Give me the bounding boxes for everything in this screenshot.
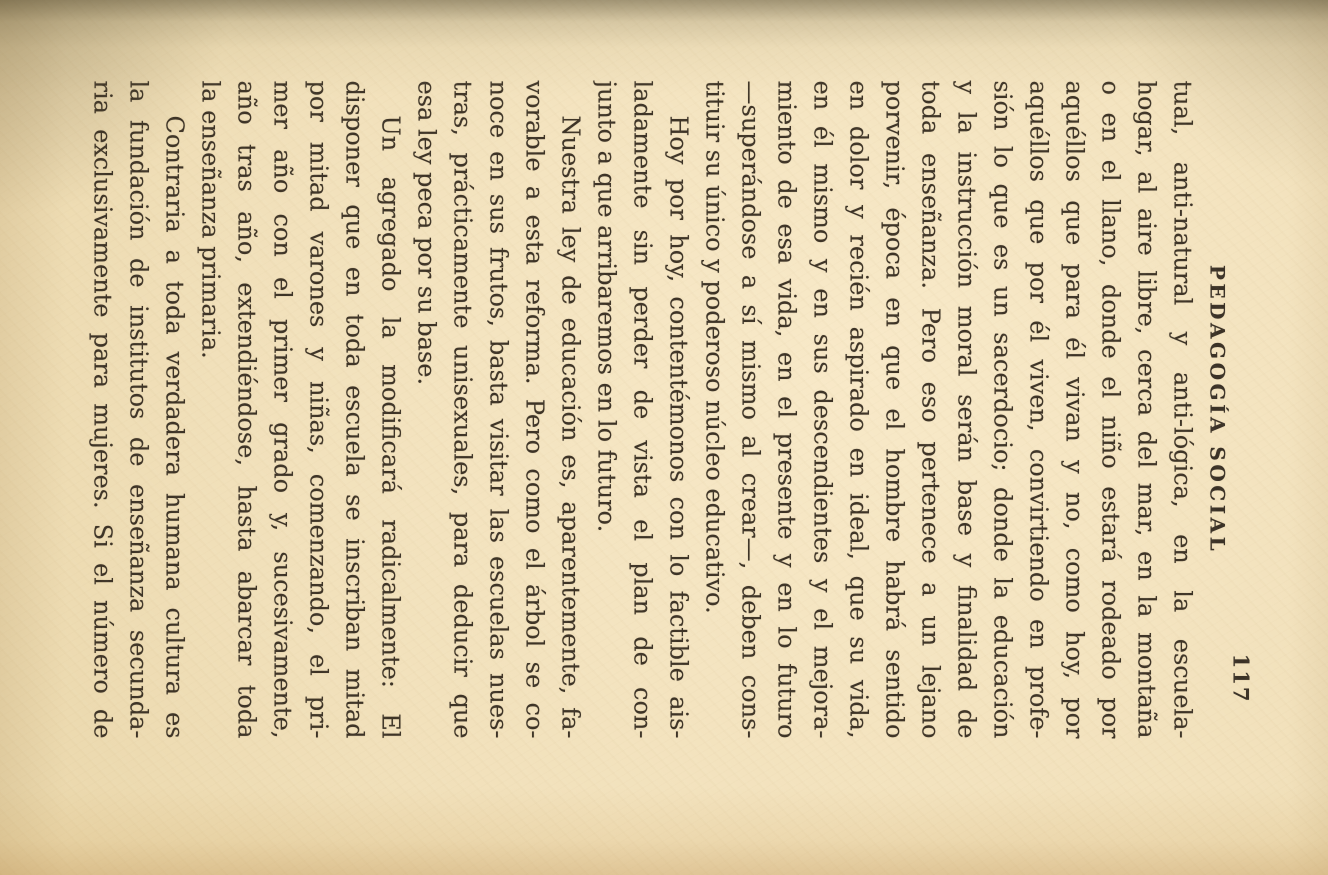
text-line: por mitad varones y niñas, comenzando, e… xyxy=(300,80,336,738)
text-block: tual, anti-natural y anti-lógica, en la … xyxy=(84,80,1200,738)
text-line: o en el llano, donde el niño estará rode… xyxy=(1092,80,1128,738)
text-line: la fundación de institutos de enseñanza … xyxy=(120,80,156,738)
rotated-page: PEDAGOGÍA SOCIAL 117 tual, anti-natural … xyxy=(0,0,1328,875)
text-line: porvenir, época en que el hombre habrá s… xyxy=(876,80,912,738)
text-line: hogar, al aire libre, cerca del mar, en … xyxy=(1128,80,1164,738)
text-line: la enseñanza primaria. xyxy=(192,80,228,738)
text-line: esa ley peca por su base. xyxy=(408,80,444,738)
text-line: tual, anti-natural y anti-lógica, en la … xyxy=(1164,80,1200,738)
text-line: toda enseñanza. Pero eso pertenece a un … xyxy=(912,80,948,738)
text-line: miento de esa vida, en el presente y en … xyxy=(768,80,804,738)
text-line: Contraria a toda verdadera humana cultur… xyxy=(156,80,192,738)
text-line: mer año con el primer grado y, sucesivam… xyxy=(264,80,300,738)
text-line: Un agregado la modificará radicalmente: … xyxy=(372,80,408,738)
text-line: tras, prácticamente unisexuales, para de… xyxy=(444,80,480,738)
text-line: noce en sus frutos, basta visitar las es… xyxy=(480,80,516,738)
text-line: ria exclusivamente para mujeres. Si el n… xyxy=(84,80,120,738)
text-line: Nuestra ley de educación es, aparentemen… xyxy=(552,80,588,738)
text-line: en dolor y recién aspirado en ideal, que… xyxy=(840,80,876,738)
text-line: Hoy por hoy, contentémonos con lo factib… xyxy=(660,80,696,738)
page-number: 117 xyxy=(1228,653,1253,703)
text-line: junto a que arribaremos en lo futuro. xyxy=(588,80,624,738)
book-page-scan: PEDAGOGÍA SOCIAL 117 tual, anti-natural … xyxy=(0,0,1328,875)
text-line: —superándose a sí mismo al crear—, deben… xyxy=(732,80,768,738)
text-line: sión lo que es un sacerdocio; donde la e… xyxy=(984,80,1020,738)
text-line: año tras año, extendiéndose, hasta abarc… xyxy=(228,80,264,738)
text-line: aquéllos que para él vivan y no, como ho… xyxy=(1056,80,1092,738)
text-line: aquéllos que por él viven, convirtiendo … xyxy=(1020,80,1056,738)
text-line: en él mismo y en sus descendientes y el … xyxy=(804,80,840,738)
text-line: y la instrucción moral serán base y fina… xyxy=(948,80,984,738)
text-line: ladamente sin perder de vista el plan de… xyxy=(624,80,660,738)
page-title: PEDAGOGÍA SOCIAL xyxy=(1205,80,1229,738)
text-line: vorable a esta reforma. Pero como el árb… xyxy=(516,80,552,738)
text-line: disponer que en toda escuela se inscriba… xyxy=(336,80,372,738)
text-line: tituir su único y poderoso núcleo educat… xyxy=(696,80,732,738)
